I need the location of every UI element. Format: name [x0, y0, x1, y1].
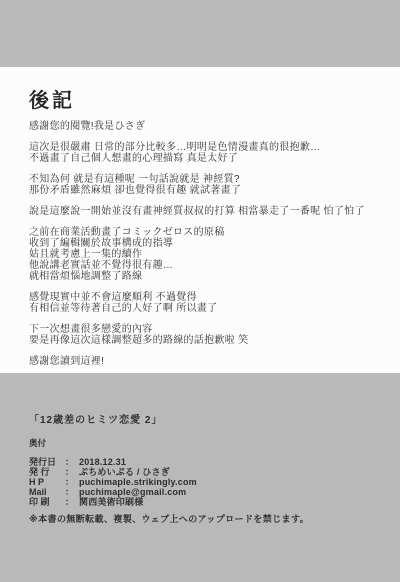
afterword-line: 說是這麼說一開始並沒有畫神經質叔叔的打算 相當暴走了一番呢 怕了怕了 [29, 206, 382, 217]
afterword-line: 之前在商業活動畫了コミックゼロス的原稿 [29, 227, 382, 238]
afterword-paragraph: 下一次想畫很多戀愛的內容 要是再像這次這樣調整超多的路線的話抱歉啦 笑 [29, 324, 382, 346]
afterword-paragraph: 感謝您的閱覽!我是ひさぎ [29, 121, 382, 132]
afterword-paragraph: 之前在商業活動畫了コミックゼロス的原稿 收到了編輯關於故事構成的指導 姑且就考慮… [29, 227, 382, 282]
afterword-paragraph: 感謝您讀到這裡! [29, 356, 382, 367]
afterword-line: 感謝您的閱覽!我是ひさぎ [29, 121, 382, 132]
colophon-colon: ： [65, 457, 79, 467]
afterword-line: 感謝您讀到這裡! [29, 356, 382, 367]
colophon-colon: ： [65, 477, 79, 487]
colophon-row-homepage: H P ： puchimaple.strikingly.com [29, 477, 389, 487]
afterword-line: 感覺現實中並不會這麼順利 不過覺得 [29, 292, 382, 303]
afterword-line: 不過畫了自己個人想畫的心理描寫 真是太好了 [29, 153, 382, 164]
colophon-label: 発行日 [29, 457, 65, 467]
afterword-line: 就相當煩惱地調整了路線 [29, 271, 382, 282]
scanned-document: 後記 感謝您的閱覽!我是ひさぎ 這次是很嚴肅 日常的部分比較多…明明是色情漫畫真… [0, 0, 400, 582]
colophon-label: 発 行 [29, 467, 65, 477]
colophon-value: 関西美術印刷様 [79, 497, 143, 507]
afterword-line: 不知為何 就是有這種呢 一句話說就是 神經質? [29, 174, 382, 185]
colophon-value: puchimaple.strikingly.com [79, 477, 197, 487]
colophon-heading: 奥付 [29, 439, 389, 448]
colophon-value: 2018.12.31 [79, 457, 126, 467]
afterword-paragraph: 這次是很嚴肅 日常的部分比較多…明明是色情漫畫真的很抱歉… 不過畫了自己個人想畫… [29, 142, 382, 164]
colophon-section: 「12歳差のヒミツ恋愛 2」 奥付 発行日 ： 2018.12.31 発 行 ：… [29, 415, 389, 524]
afterword-line: 有相信並等待著自己的人好了啊 所以畫了 [29, 303, 382, 314]
book-title: 「12歳差のヒミツ恋愛 2」 [29, 415, 389, 426]
colophon-label: 印 刷 [29, 497, 65, 507]
afterword-line: 那份矛盾雖然麻煩 卻也覺得很有趣 就試著畫了 [29, 185, 382, 196]
colophon-row-publisher: 発 行 ： ぷちめいぷる / ひさぎ [29, 467, 389, 477]
afterword-page: 後記 感謝您的閱覽!我是ひさぎ 這次是很嚴肅 日常的部分比較多…明明是色情漫畫真… [0, 67, 400, 373]
colophon-value: ぷちめいぷる / ひさぎ [79, 467, 170, 477]
colophon-colon: ： [65, 497, 79, 507]
afterword-line: 這次是很嚴肅 日常的部分比較多…明明是色情漫畫真的很抱歉… [29, 142, 382, 153]
colophon-colon: ： [65, 487, 79, 497]
copyright-notice: ※本書の無断転載、複製、ウェブ上へのアップロードを禁じます。 [29, 514, 389, 524]
afterword-paragraph: 感覺現實中並不會這麼順利 不過覺得 有相信並等待著自己的人好了啊 所以畫了 [29, 292, 382, 314]
colophon-label: Mail [29, 487, 65, 497]
afterword-line: 收到了編輯關於故事構成的指導 [29, 238, 382, 249]
colophon-label: H P [29, 477, 65, 487]
afterword-line: 要是再像這次這樣調整超多的路線的話抱歉啦 笑 [29, 335, 382, 346]
afterword-paragraph: 說是這麼說一開始並沒有畫神經質叔叔的打算 相當暴走了一番呢 怕了怕了 [29, 206, 382, 217]
afterword-title: 後記 [29, 90, 382, 112]
afterword-line: 他說講老實話並不覺得很有趣… [29, 260, 382, 271]
colophon-value: puchimaple@gmail.com [79, 487, 186, 497]
afterword-paragraph: 不知為何 就是有這種呢 一句話說就是 神經質? 那份矛盾雖然麻煩 卻也覺得很有趣… [29, 174, 382, 196]
colophon-row-publish-date: 発行日 ： 2018.12.31 [29, 457, 389, 467]
afterword-line: 下一次想畫很多戀愛的內容 [29, 324, 382, 335]
afterword-line: 姑且就考慮上一集的續作 [29, 249, 382, 260]
colophon-colon: ： [65, 467, 79, 477]
colophon-row-printer: 印 刷 ： 関西美術印刷様 [29, 497, 389, 507]
colophon-row-mail: Mail ： puchimaple@gmail.com [29, 487, 389, 497]
